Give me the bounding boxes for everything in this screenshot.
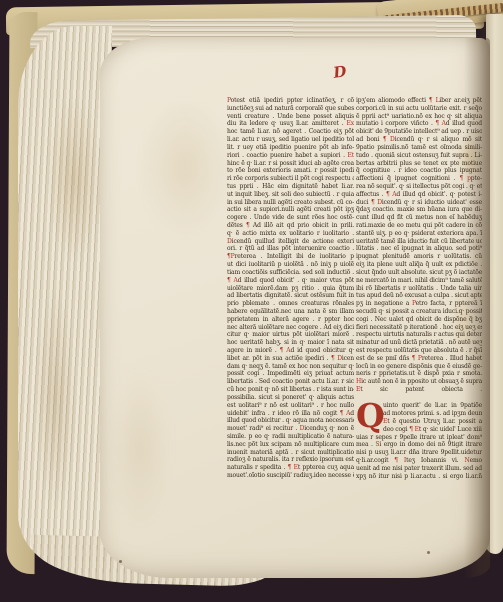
text-line: citur q· maior uirtus põt uiolẽtari mior… — [227, 331, 354, 339]
text-line: mouet' radi⁹ ei recitur . Dicenduʒ q· no… — [227, 425, 354, 433]
text-line: Potest etiã ipediri ppter iclinatõeʒ, r … — [227, 97, 354, 105]
paper-stain — [140, 98, 230, 238]
text-line: q· ẽ actio mixta ex uolitario r iuolitar… — [227, 230, 354, 238]
text-line: simile. p eo q· radii multiplicatio ẽ na… — [227, 433, 354, 441]
text-line: cũ hoc ponit q· nõ sit libertas . r ista… — [227, 386, 354, 394]
text-line: possit cogi . Impedimẽti eiʒ priuat actu… — [227, 370, 354, 378]
text-line: uiolẽtare miorẽ.dam pʒ ritio . quia q̃tu… — [227, 285, 354, 293]
open-page: D Potest etiã ipediri ppter iclinatõeʒ, … — [100, 38, 490, 578]
text-line: iunctiõeʒ sui ad naturã corporalẽ que su… — [227, 105, 354, 113]
text-line: ¶Preterea . Intelligit ibi de iuolitario… — [227, 253, 354, 261]
text-line: prio pblemate . omnes creaturas rõnales — [227, 300, 354, 308]
text-line: in sui libera nulli agẽti creato subest.… — [227, 199, 354, 207]
text-line: ad libertatis dignitatẽ. sicut ostẽsum f… — [227, 292, 354, 300]
fore-edge-pages-left — [18, 26, 112, 574]
text-line: inuenit materiã aptã . r sicut multiplic… — [227, 449, 354, 457]
text-line: ut dici iuolitariũ p uiolẽtã . nõ iniʒ p… — [227, 261, 354, 269]
text-line: pprietatem in alterã agere . r ppter hoc — [227, 316, 354, 324]
text-line: lit. r uey etiã ipeditio puenire põt ab … — [227, 144, 354, 152]
gutter-fold-shadow — [464, 38, 490, 578]
text-line: hoc ueritatẽ habʒ. si in q· maior ĩ nata… — [227, 339, 354, 347]
text-line: mouet'.oĩotio suscipiũ' radiuʒ.ideo nece… — [227, 472, 354, 480]
text-line: to rõe boni exterioris amati. r possit i… — [227, 167, 354, 175]
text-line: illud quod obicitur . q· aqua mota neces… — [227, 417, 354, 425]
incunabulum-book-photo: D Potest etiã ipediri ppter iclinatõeʒ, … — [0, 0, 503, 602]
text-line: ¶ Ad illud quod obicit' . q· maior vtus … — [227, 277, 354, 285]
folio-mark: D — [327, 61, 354, 84]
dust-speck — [119, 560, 122, 563]
text-line: ri rõe corporis subiecti il põt cogi res… — [227, 175, 354, 183]
text-line: hoc tamẽ li.ar. nõ ageret . Coactio eiʒ … — [227, 128, 354, 136]
text-line: venti creature . Unde bene posset aliqui… — [227, 113, 354, 121]
left-text-column: Potest etiã ipediri ppter iclinatõeʒ, r … — [227, 97, 354, 480]
text-line: actio sit a supiori.nulli agẽti creati p… — [227, 206, 354, 214]
text-line: libertatis . Sed coactio ponit actu li.a… — [227, 378, 354, 386]
text-line: uidebit' infra . r ideo rõ illa nõ cogit… — [227, 410, 354, 418]
text-line: tus pprii . Hãc eim dignitatẽ habet li.a… — [227, 183, 354, 191]
text-line: cogere . Unde vide de sunt rões hoc ostẽ… — [227, 214, 354, 222]
text-line: dẽtes ¶ Ad illõ ait qd prio obicit in pr… — [227, 222, 354, 230]
text-line: ut inquit libeʒ. sit soli deo subiectũ .… — [227, 191, 354, 199]
text-line: est uolitari⁹ r nõ est uolitari⁹ . r hoc… — [227, 402, 354, 410]
text-line: radioʒ ẽ naturalis. ita r reflexio ipsor… — [227, 456, 354, 464]
text-line: dam q· neqʒ ẽ. tamẽ ex hoc non sequitur … — [227, 363, 354, 371]
dust-speck — [427, 551, 430, 554]
paper-stain — [110, 368, 170, 528]
text-line: lis.nec põt lux scipam nõ multiplicare c… — [227, 441, 354, 449]
text-line: hinc ẽ q· li.ar. r si possit iduci ab ag… — [227, 160, 354, 168]
text-line: Dicendũ quillud itelligit de actione ext… — [227, 238, 354, 246]
text-line: naturalis r spedita . ¶ Et ppterea cuʒ a… — [227, 464, 354, 472]
text-line: ori. r q̃tũ ad illas põt interuenire coa… — [227, 245, 354, 253]
text-line: riori . coactio puenire habet a supiori … — [227, 152, 354, 160]
text-line: libet ar. põt in sua actiõe ipediri . ¶ … — [227, 355, 354, 363]
text-line: possibilia. sicut si poneret' q· aliquis… — [227, 394, 354, 402]
text-line: habere equãlitatẽ.nec una nata ẽ sm illa… — [227, 308, 354, 316]
text-line: agere in miorẽ . ¶ Ad id quod obicitur q… — [227, 347, 354, 355]
text-line: diu ita ledere q· usuʒ li.ar. amitteret … — [227, 120, 354, 128]
drop-cap-initial: Q — [356, 403, 381, 428]
text-line: li.ar. actu r usuʒ, sed ligatio uel iped… — [227, 136, 354, 144]
text-line: nec alterã uiolẽtare nec cogere . Ad eiʒ… — [227, 324, 354, 332]
text-line: tiam coactiõis sufficiẽcia. sed soli ind… — [227, 269, 354, 277]
